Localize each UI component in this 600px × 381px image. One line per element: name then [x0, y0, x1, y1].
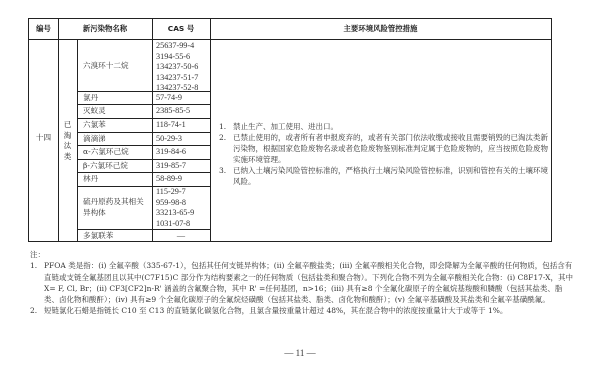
measures-list: 1. 禁止生产、加工使用、进出口。 2. 已禁止使用的，或者所有者申报废弃的，或… [219, 121, 549, 187]
pollutant-name: 六氯苯 [83, 120, 106, 130]
cas-number: 115-29-7 [156, 187, 194, 198]
row-divider [77, 145, 210, 146]
group-number: 十四 [29, 133, 58, 143]
header-cas: CAS 号 [152, 24, 210, 34]
pollutant-table: 编号 新污染物名称 CAS 号 主要环境风险管控措施 十四 已淘汰类 六溴环十二… [28, 18, 552, 242]
row-divider [77, 132, 210, 133]
row-divider [77, 172, 210, 173]
pollutant-name: 多氯联苯 [83, 231, 113, 241]
header-name: 新污染物名称 [58, 24, 152, 34]
cas-numbers: 25637-99-43194-55-6134237-50-6134237-51-… [156, 41, 198, 94]
pollutant-name: 硫丹原药及其相关异构体 [83, 197, 149, 218]
pollutant-name: 滴滴涕 [83, 134, 106, 144]
header-measures: 主要环境风险管控措施 [210, 24, 551, 34]
cas-numbers: 58-89-9 [156, 174, 182, 185]
pollutant-name: β-六氯环己烷 [83, 161, 128, 171]
cas-numbers: — [152, 231, 210, 242]
note-item: 1. PFOA 类是指：(i) 全氟辛酸（335-67-1），包括其任何支链异构… [30, 260, 575, 305]
cas-numbers: 115-29-7959-98-833213-65-91031-07-8 [156, 187, 194, 229]
notes-section: 注： 1. PFOA 类是指：(i) 全氟辛酸（335-67-1），包括其任何支… [30, 249, 575, 317]
measure-item: 1. 禁止生产、加工使用、进出口。 [219, 121, 549, 132]
cas-number: 959-98-8 [156, 198, 194, 209]
col-divider [210, 19, 211, 241]
pollutant-name: 灭蚁灵 [83, 106, 106, 116]
pollutant-name: 六溴环十二烷 [83, 61, 129, 71]
category-label: 已淘汰类 [58, 120, 77, 162]
pollutant-name: 氯丹 [83, 93, 98, 103]
cas-numbers: 118-74-1 [156, 120, 186, 131]
cas-number: 33213-65-9 [156, 208, 194, 219]
cas-numbers: 2385-85-5 [156, 106, 190, 117]
pollutant-name: 林丹 [83, 174, 98, 184]
cas-numbers: 319-84-6 [156, 147, 186, 158]
cas-numbers: 57-74-9 [156, 93, 182, 104]
row-divider [77, 159, 210, 160]
col-divider [77, 40, 78, 241]
cas-numbers: 50-29-3 [156, 134, 182, 145]
cas-number: 134237-50-6 [156, 62, 198, 73]
notes-title: 注： [30, 249, 575, 260]
cas-numbers: 319-85-7 [156, 161, 186, 172]
row-divider [77, 104, 210, 105]
measure-item: 2. 已禁止使用的，或者所有者申报废弃的，或者有关部门依法收缴或接收且需要销毁的… [219, 132, 549, 165]
row-divider [77, 118, 210, 119]
note-item: 2. 短链氯化石蜡是指链长 C10 至 C13 的直链氯化碳氢化合物，且氯含量按… [30, 305, 575, 316]
cas-number: 25637-99-4 [156, 41, 198, 52]
header-number: 编号 [29, 24, 58, 34]
cas-number: 134237-51-7 [156, 73, 198, 84]
cas-number: 1031-07-8 [156, 219, 194, 230]
measure-item: 3. 已纳入土壤污染风险管控标准的，严格执行土壤污染风险管控标准，识别和管控有关… [219, 165, 549, 187]
header-divider [29, 39, 551, 40]
page-number: — 11 — [0, 348, 600, 358]
pollutant-name: α-六氯环己烷 [83, 147, 129, 157]
col-divider [152, 19, 153, 241]
cas-number: 3194-55-6 [156, 52, 198, 63]
